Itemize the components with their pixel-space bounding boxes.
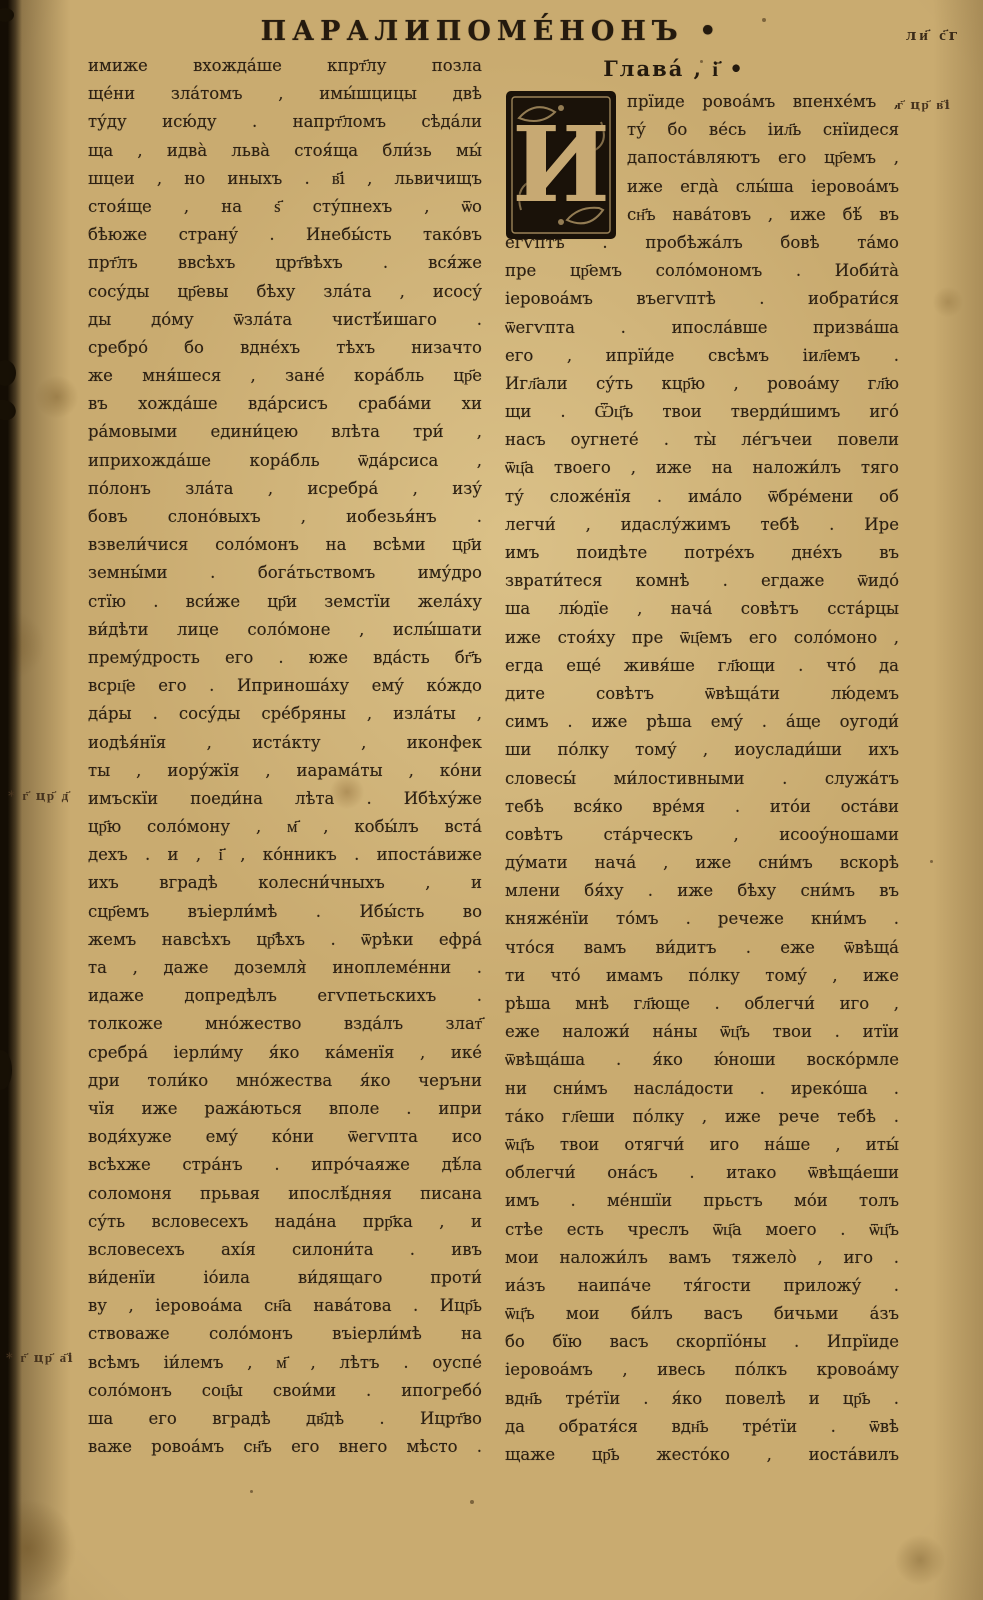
- text-line: всрц҃е его . Иприноша́ху ему́ ко́ждо: [88, 672, 482, 700]
- text-line: легчи́ , идаслу́жимъ тебѣ . Ире: [505, 511, 899, 539]
- folio-mark: ли҃ с҃г: [906, 26, 961, 45]
- running-header-title: ПАРАЛИПОМЕ́НОНЪ •: [0, 16, 983, 47]
- paper-speck: [762, 18, 766, 22]
- text-line: ни сни́мъ насла́дости . иреко́ша .: [505, 1075, 899, 1103]
- paper-speck: [700, 60, 703, 63]
- text-line: что́ся вамъ ви́дитъ . еже ѿвѣща́: [505, 934, 899, 962]
- text-line: всловесехъ ахі́я силони́та . ивъ: [88, 1236, 482, 1264]
- text-line: прт҃лъ ввсѣхъ црт҃вѣхъ . вся́же: [88, 249, 482, 277]
- text-line: совѣтъ ста́рческъ , исооу́ношами: [505, 821, 899, 849]
- text-line: шцеи , но иныхъ . в҃і , львичищъ: [88, 165, 482, 193]
- text-line: иодѣя́нїя , иста́кту , иконфек: [88, 729, 482, 757]
- text-line: прїиде ровоа́мъ впенхе́мъ ,: [627, 88, 899, 116]
- text-line: пре цр҃емъ соло́мономъ . Иоби́та̀: [505, 257, 899, 285]
- text-line: ви́денїи іо́ила ви́дящаго проти́: [88, 1264, 482, 1292]
- text-line: су́ть всловесехъ нада́на прр҃ка , и: [88, 1208, 482, 1236]
- text-line: рѣша мнѣ гл҃юще . облегчи́ иго ,: [505, 990, 899, 1018]
- text-line: стѣе есть чреслъ ѿц҃а моего . ѿц҃ъ: [505, 1216, 899, 1244]
- text-line: сосу́ды цр҃евы бѣху зла́та , исосу́: [88, 278, 482, 306]
- text-line: толкоже мно́жество взда́лъ злат҃: [88, 1010, 482, 1038]
- text-line: иже егда̀ слы́ша іеровоа́мъ: [627, 173, 899, 201]
- text-line: идаже допредѣлъ егѵпетьскихъ .: [88, 982, 482, 1010]
- text-line: иприхожда́ше кора́бль ѿда́рсиса ,: [88, 447, 482, 475]
- text-line: ихъ вградѣ колесни́чныхъ , и: [88, 869, 482, 897]
- text-line: ви́дѣти лице соло́моне , ислы́шати: [88, 616, 482, 644]
- margin-note-reference: * г҃ цр҃ а҃і: [6, 1350, 74, 1366]
- scanned-book-page: ПАРАЛИПОМЕ́НОНЪ • ли҃ с҃г имиже вхожда́ш…: [0, 0, 983, 1600]
- text-line: бѣюже страну́ . Инебы́сть тако́въ: [88, 221, 482, 249]
- text-line: еже наложи́ на́ны ѿц҃ъ твои . итїи: [505, 1018, 899, 1046]
- initial-letter: И: [505, 90, 617, 240]
- text-line: въ хожда́ше вда́рсисъ сраба́ми хи: [88, 390, 482, 418]
- text-line: ще́ни зла́томъ , имы́шцицы двѣ: [88, 80, 482, 108]
- text-line: земны́ми . бога́тьствомъ иму́дро: [88, 559, 482, 587]
- text-line: бовъ слоно́выхъ , иобезья́нъ .: [88, 503, 482, 531]
- text-line: вдн҃ь тре́тїи . я́ко повелѣ и цр҃ь .: [505, 1385, 899, 1413]
- text-line: сребра́ іерли́му я́ко ка́менїя , ике́: [88, 1039, 482, 1067]
- text-line: насъ оугнете́ . ты̀ ле́гъчеи повели: [505, 426, 899, 454]
- text-line: всѣхже стра́нъ . ипро́чаяже дѣ́ла: [88, 1151, 482, 1179]
- text-line: водя́хуже ему́ ко́ни ѿегѵпта исо: [88, 1123, 482, 1151]
- text-line: ѿвѣща́ша . я́ко ю́ноши воско́рмле: [505, 1046, 899, 1074]
- text-line: взвели́чися соло́монъ на всѣми цр҃и: [88, 531, 482, 559]
- text-line: облегчи́ она́съ . итако ѿвѣща́еши: [505, 1159, 899, 1187]
- right-text-column: Глава́ , і҃ • прїиде ровоа́мъ впенхе́мъ …: [505, 54, 899, 1469]
- text-line: егда еще́ живя́ше гл҃ющи . что́ да: [505, 652, 899, 680]
- text-line: его , ипрїи́де свсѣмъ іил҃емъ .: [505, 342, 899, 370]
- text-line: ша его вградѣ дв҃дѣ . Ицрт҃во: [88, 1405, 482, 1433]
- text-line: іеровоа́мъ въегѵптѣ . иобрати́ся: [505, 285, 899, 313]
- text-line: имъ . ме́ншїи прьстъ мо́и толъ: [505, 1187, 899, 1215]
- text-line: всѣмъ іи́лемъ , м҃ , лѣтъ . оуспе́: [88, 1349, 482, 1377]
- text-line: млени бя́ху . иже бѣху сни́мъ въ: [505, 877, 899, 905]
- text-line: сцр҃емъ въіерли́мѣ . Ибы́сть во: [88, 898, 482, 926]
- text-line: ти что́ имамъ по́лку тому́ , иже: [505, 962, 899, 990]
- left-text-column: имиже вхожда́ше кпрт҃лу позлаще́ни зла́т…: [88, 52, 482, 1461]
- text-line: мои наложи́лъ вамъ тяжело̀ , иго .: [505, 1244, 899, 1272]
- text-line: имъскїи поеди́на лѣта . Ибѣху́же: [88, 785, 482, 813]
- text-line: симъ . иже рѣша ему́ . а́ще оугоди́: [505, 708, 899, 736]
- text-line: стоя́ще , на ѕ҃ сту́пнехъ , ѿо: [88, 193, 482, 221]
- text-line: дехъ . и , і҃ , ко́нникъ . ипоста́виже: [88, 841, 482, 869]
- paper-speck: [930, 860, 933, 863]
- text-line: по́лонъ зла́та , исребра́ , изу́: [88, 475, 482, 503]
- text-line: ты , иору́жїя , иарама́ты , ко́ни: [88, 757, 482, 785]
- text-line: прему́дрость его . юже вда́сть бг҃ъ: [88, 644, 482, 672]
- text-line: ѿц҃а твоего , иже на наложи́лъ тяго: [505, 454, 899, 482]
- margin-note-reference: * г҃ цр҃ д҃: [8, 788, 70, 804]
- text-line: ду́мати нача́ , иже сни́мъ вскорѣ: [505, 849, 899, 877]
- text-line: соломоня прьвая ипослѣ́дняя писана: [88, 1180, 482, 1208]
- text-line: та́ко гл҃еши по́лку , иже рече тебѣ .: [505, 1103, 899, 1131]
- text-line: дри толи́ко мно́жества я́ко черъни: [88, 1067, 482, 1095]
- chapter-heading: Глава́ , і҃ •: [477, 54, 871, 88]
- text-line: ту́ бо ве́сь іил҃ь снїидеся: [627, 116, 899, 144]
- text-line: тебѣ вся́ко вре́мя . ито́и оста́ви: [505, 793, 899, 821]
- text-line: княже́нїи то́мъ . речеже кни́мъ .: [505, 905, 899, 933]
- text-line: ша лю́дїе , нача́ совѣтъ сста́рцы: [505, 595, 899, 623]
- text-line: ѿегѵпта . ипосла́вше призва́ша: [505, 314, 899, 342]
- text-line: ра́мовыми едини́цею влѣта три́ ,: [88, 418, 482, 446]
- text-line: сн҃ъ нава́товъ , иже бѣ́ въ: [627, 201, 899, 229]
- text-line: іеровоа́мъ , ивесь по́лкъ кровоа́му: [505, 1356, 899, 1384]
- text-line: важе ровоа́мъ сн҃ъ его внего мѣсто .: [88, 1433, 482, 1461]
- text-line: ствоваже соло́монъ въіерли́мѣ на: [88, 1320, 482, 1348]
- text-line: словесы́ ми́лостивными . служа́тъ: [505, 765, 899, 793]
- text-line: сребро́ бо вдне́хъ тѣхъ низачто: [88, 334, 482, 362]
- margin-note-reference: г҃ цр҃ в҃і: [897, 97, 951, 113]
- text-line: ща , идва̀ льва̀ стоя́ща бли́зь мы́: [88, 137, 482, 165]
- text-line: же мня́шеся , зане́ кора́бль цр҃е: [88, 362, 482, 390]
- text-line: цр҃ю соло́мону , м҃ , кобы́лъ вста́: [88, 813, 482, 841]
- text-line: ды до́му ѿзла́та чистѣ́ишаго .: [88, 306, 482, 334]
- paper-speck: [250, 1490, 253, 1493]
- text-line: ту́ду исю́ду . напрт҃ломъ сѣда́ли: [88, 108, 482, 136]
- text-line: имъ поидѣте потре́хъ дне́хъ въ: [505, 539, 899, 567]
- text-line: ѿц҃ъ мои би́лъ васъ бичьми а́зъ: [505, 1300, 899, 1328]
- text-line: ту́ сложе́нїя . има́ло ѿбре́мени об: [505, 483, 899, 511]
- text-line: щи . Ѿц҃ъ твои тверди́шимъ иго́: [505, 398, 899, 426]
- text-line: Игл҃али су́ть кцр҃ю , ровоа́му гл҃ю: [505, 370, 899, 398]
- text-line: та , даже доземля̀ иноплеме́нни .: [88, 954, 482, 982]
- text-line: да обратя́ся вдн҃ь тре́тїи . ѿвѣ: [505, 1413, 899, 1441]
- text-line: иже стоя́ху пре ѿц҃емъ его соло́моно ,: [505, 624, 899, 652]
- paper-speck: [470, 1500, 474, 1504]
- text-line: имиже вхожда́ше кпрт҃лу позла: [88, 52, 482, 80]
- text-line: ву , іеровоа́ма сн҃а нава́това . Ицр҃ь: [88, 1292, 482, 1320]
- text-line: соло́монъ соц҃ы свои́ми . ипогребо́: [88, 1377, 482, 1405]
- text-line: ѿц҃ъ твои отягчи́ иго на́ше , иты́: [505, 1131, 899, 1159]
- text-line: дапоста́вляютъ его цр҃емъ ,: [627, 144, 899, 172]
- text-line: бо бїю васъ скорпїо́ны . Ипрїиде: [505, 1328, 899, 1356]
- text-line: зврати́теся комнѣ . егдаже ѿидо́: [505, 567, 899, 595]
- right-column-lines: прїиде ровоа́мъ впенхе́мъ ,ту́ бо ве́сь …: [505, 88, 899, 1469]
- text-line: да́ры . сосу́ды сре́бряны , изла́ты ,: [88, 700, 482, 728]
- text-line: стїю . вси́же цр҃и земстїи жела́ху: [88, 588, 482, 616]
- text-line: иа́зъ наипа́че тя́гости приложу́ .: [505, 1272, 899, 1300]
- text-line: жемъ навсѣхъ цр҃ѣхъ . ѿрѣки ефра́: [88, 926, 482, 954]
- text-line: чїя иже ража́ються вполе . ипри: [88, 1095, 482, 1123]
- text-line: щаже цр҃ь жесто́ко , иоста́вилъ: [505, 1441, 899, 1469]
- text-line: ши по́лку тому́ , иоуслади́ши ихъ: [505, 736, 899, 764]
- ornate-woodcut-initial: И: [505, 90, 617, 240]
- text-line: дите совѣтъ ѿвѣща́ти лю́демъ: [505, 680, 899, 708]
